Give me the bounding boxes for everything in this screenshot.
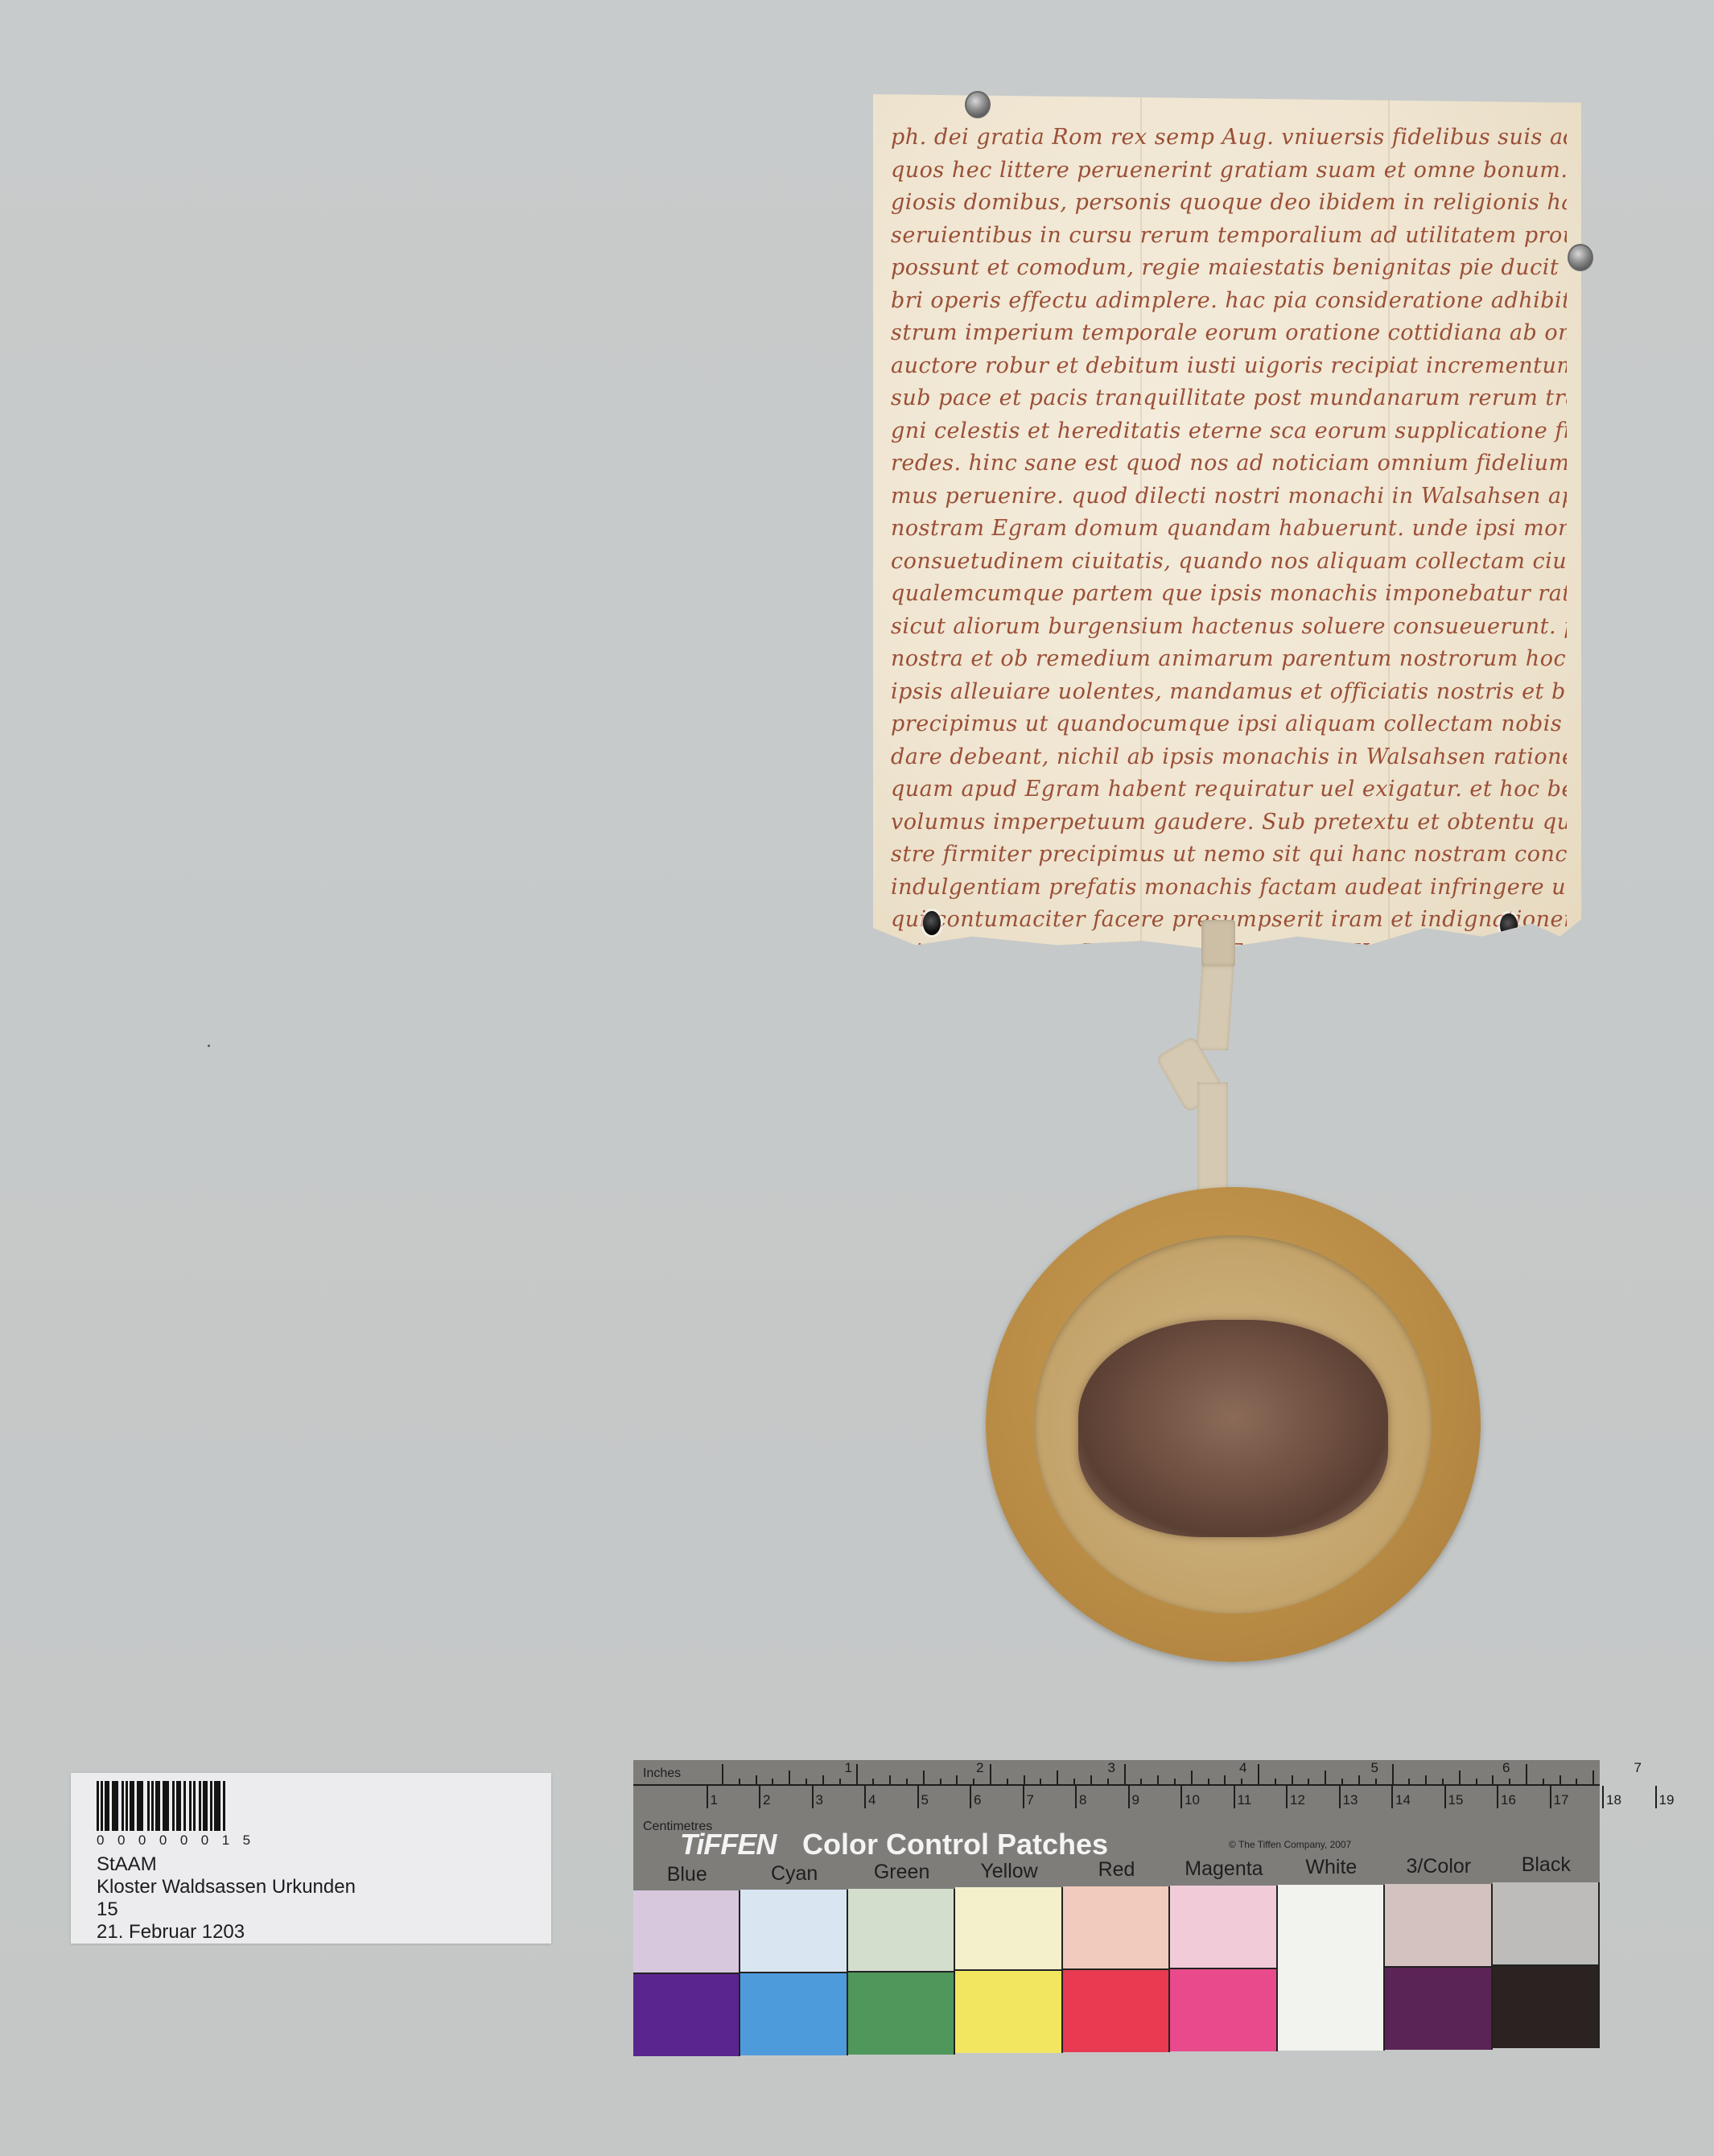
mount-hole xyxy=(923,911,941,935)
patch-dark-yellow xyxy=(955,1969,1062,2053)
cm-tick-label: 4 xyxy=(868,1792,876,1808)
cm-tick-label: 6 xyxy=(974,1792,981,1808)
inch-tick xyxy=(1057,1771,1058,1785)
inch-tick xyxy=(956,1775,958,1785)
archive-name: StAAM xyxy=(97,1853,356,1876)
cm-tick xyxy=(1602,1786,1604,1808)
patch-label-yellow: Yellow xyxy=(961,1860,1057,1883)
cm-tick-label: 11 xyxy=(1238,1792,1252,1808)
cm-tick-label: 19 xyxy=(1659,1792,1675,1808)
cm-tick-label: 10 xyxy=(1185,1792,1200,1808)
mounting-pin xyxy=(1568,244,1593,271)
cm-tick xyxy=(1550,1786,1551,1808)
charter-line: redes. hinc sane est quod nos ad noticia… xyxy=(891,447,1567,480)
cm-tick-label: 9 xyxy=(1132,1792,1139,1808)
inch-tick xyxy=(1358,1775,1360,1785)
patch-light-red xyxy=(1063,1886,1170,1968)
patch-label-magenta: Magenta xyxy=(1176,1857,1272,1881)
inch-tick xyxy=(940,1779,941,1785)
charter-line: nostram Egram domum quandam habuerunt. u… xyxy=(891,513,1567,546)
patch-light-white xyxy=(1278,1885,1385,2051)
charter-line: strum imperium temporale eorum oratione … xyxy=(891,317,1567,350)
seal-strap xyxy=(1196,966,1234,1050)
inch-tick-label: 4 xyxy=(1239,1760,1246,1776)
cm-tick xyxy=(917,1786,919,1808)
charter-line: gni celestis et hereditatis eterne sca e… xyxy=(891,415,1567,448)
inch-tick xyxy=(1174,1779,1176,1785)
cm-tick xyxy=(1391,1786,1393,1808)
charter-line: seruientibus in cursu rerum temporalium … xyxy=(891,220,1567,253)
charter-line: mus peruenire. quod dilecti nostri monac… xyxy=(891,480,1567,513)
inch-tick xyxy=(1024,1775,1025,1785)
inch-tick xyxy=(1258,1764,1259,1785)
charter-line: indulgentiam prefatis monachis factam au… xyxy=(891,872,1567,905)
inch-tick xyxy=(856,1764,858,1785)
cm-tick-label: 16 xyxy=(1501,1792,1516,1808)
charter-line: dare debeant, nichil ab ipsis monachis i… xyxy=(891,741,1567,774)
inch-tick xyxy=(1292,1775,1293,1785)
charter-line: consuetudinem ciuitatis, quando nos aliq… xyxy=(891,546,1567,579)
charter-line: qualemcumque partem que ipsis monachis i… xyxy=(891,578,1567,611)
patch-light-blue xyxy=(633,1890,740,1973)
inch-tick xyxy=(1140,1779,1142,1785)
inch-tick xyxy=(1007,1779,1008,1785)
charter-line: quam apud Egram habent requiratur uel ex… xyxy=(891,773,1567,806)
charter-line: sub pace et pacis tranquillitate post mu… xyxy=(891,382,1567,415)
barcode-bar xyxy=(137,1781,143,1831)
chart-title: Color Control Patches xyxy=(802,1828,1108,1861)
barcode-digits: 00000015 xyxy=(97,1832,264,1849)
inch-tick xyxy=(1224,1775,1226,1785)
charter-line: nostra et ob remedium animarum parentum … xyxy=(891,643,1567,676)
cm-tick xyxy=(707,1786,708,1808)
patch-label-black: Black xyxy=(1498,1853,1594,1877)
inch-tick xyxy=(1459,1771,1461,1785)
inch-tick xyxy=(1375,1779,1377,1785)
document-number: 15 xyxy=(97,1898,356,1921)
cm-tick-label: 17 xyxy=(1554,1792,1569,1808)
barcode-bar xyxy=(223,1781,225,1831)
cm-tick xyxy=(1075,1786,1077,1808)
barcode-bar xyxy=(214,1781,220,1831)
patch-label-green: Green xyxy=(854,1861,950,1884)
cm-tick xyxy=(1444,1786,1446,1808)
patch-label-cyan: Cyan xyxy=(746,1862,843,1886)
inch-tick xyxy=(1476,1779,1477,1785)
inch-tick xyxy=(1509,1779,1510,1785)
patch-light-black xyxy=(1493,1882,1600,1964)
patch-label-red: Red xyxy=(1069,1858,1165,1882)
barcode xyxy=(97,1781,225,1831)
inch-tick xyxy=(739,1779,740,1785)
inch-tick xyxy=(789,1771,790,1785)
patch-light-3-color xyxy=(1385,1884,1492,1966)
inch-tick-label: 2 xyxy=(976,1760,983,1776)
cm-tick xyxy=(1234,1786,1235,1808)
cm-tick-label: 14 xyxy=(1395,1792,1411,1808)
inch-tick xyxy=(1592,1771,1594,1785)
copyright-text: © The Tiffen Company, 2007 xyxy=(1229,1839,1351,1850)
cm-tick-label: 13 xyxy=(1343,1792,1358,1808)
cm-tick-label: 18 xyxy=(1606,1792,1621,1808)
charter-line: stre firmiter precipimus ut nemo sit qui… xyxy=(891,839,1567,872)
patch-dark-black xyxy=(1493,1964,1600,2048)
inch-tick-label: 1 xyxy=(845,1760,852,1776)
patch-label-blue: Blue xyxy=(639,1863,735,1886)
barcode-bar xyxy=(163,1781,169,1831)
cm-tick-label: 15 xyxy=(1448,1792,1464,1808)
charter-parchment: ph. dei gratia Rom rex semp Aug. vniuers… xyxy=(873,94,1581,954)
charter-line: possunt et comodum, regie maiestatis ben… xyxy=(891,252,1567,285)
patch-dark-green xyxy=(848,1971,955,2055)
cm-tick-label: 1 xyxy=(711,1792,718,1808)
mounting-pin xyxy=(965,91,991,118)
inch-tick xyxy=(1325,1771,1326,1785)
cm-tick-label: 5 xyxy=(921,1792,929,1808)
charter-line: volumus imperpetuum gaudere. Sub pretext… xyxy=(891,806,1567,839)
cm-tick xyxy=(759,1786,760,1808)
inch-tick xyxy=(1208,1779,1209,1785)
inches-label: Inches xyxy=(643,1766,681,1781)
inch-tick xyxy=(1157,1775,1159,1785)
cm-tick-label: 8 xyxy=(1079,1792,1086,1808)
inch-tick xyxy=(1576,1779,1577,1785)
cm-tick xyxy=(812,1786,814,1808)
charter-line: precipimus ut quandocumque ipsi aliquam … xyxy=(891,708,1567,741)
inch-tick xyxy=(1308,1779,1309,1785)
inch-tick xyxy=(923,1771,925,1785)
collection-name: Kloster Waldsassen Urkunden xyxy=(97,1876,356,1898)
inch-tick xyxy=(1392,1764,1394,1785)
dust-speck xyxy=(208,1045,210,1047)
inch-tick xyxy=(990,1764,991,1785)
inch-tick xyxy=(1040,1779,1041,1785)
inch-tick xyxy=(1559,1775,1561,1785)
inch-tick xyxy=(805,1779,807,1785)
wax-seal xyxy=(986,1187,1481,1662)
cm-tick xyxy=(1023,1786,1024,1808)
inch-tick xyxy=(1241,1779,1242,1785)
inch-tick xyxy=(1526,1764,1527,1785)
inch-tick-label: 5 xyxy=(1371,1760,1378,1776)
inch-tick-label: 3 xyxy=(1108,1760,1115,1776)
inch-tick xyxy=(722,1764,723,1785)
patch-label-3-color: 3/Color xyxy=(1391,1855,1487,1878)
inch-tick xyxy=(1191,1771,1193,1785)
inch-tick-label: 7 xyxy=(1634,1760,1642,1776)
seal-enthroned-figure xyxy=(1078,1320,1388,1537)
cm-tick xyxy=(970,1786,971,1808)
cm-tick xyxy=(1286,1786,1288,1808)
inch-tick xyxy=(1275,1779,1276,1785)
inch-tick xyxy=(1107,1779,1109,1785)
inch-tick xyxy=(822,1775,824,1785)
patch-dark-red xyxy=(1063,1968,1170,2052)
cm-tick-label: 3 xyxy=(816,1792,823,1808)
patch-light-green xyxy=(848,1889,955,1971)
inch-tick xyxy=(1073,1779,1075,1785)
inch-tick-label: 6 xyxy=(1502,1760,1510,1776)
cm-tick xyxy=(1180,1786,1182,1808)
inch-tick xyxy=(1425,1775,1427,1785)
charter-line: ph. dei gratia Rom rex semp Aug. vniuers… xyxy=(891,122,1567,155)
charter-text: ph. dei gratia Rom rex semp Aug. vniuers… xyxy=(891,122,1567,969)
inch-tick xyxy=(756,1775,757,1785)
charter-line: bri operis effectu adimplere. hac pia co… xyxy=(891,285,1567,318)
inch-tick xyxy=(772,1779,773,1785)
inch-tick xyxy=(1543,1779,1544,1785)
inch-tick xyxy=(872,1779,874,1785)
ruler-line xyxy=(633,1784,1600,1786)
cm-tick xyxy=(1497,1786,1498,1808)
inch-tick xyxy=(1090,1775,1092,1785)
cm-tick-label: 12 xyxy=(1290,1792,1305,1808)
inch-tick xyxy=(889,1775,891,1785)
patch-light-magenta xyxy=(1170,1886,1277,1968)
cm-tick xyxy=(864,1786,866,1808)
charter-line: auctore robur et debitum iusti uigoris r… xyxy=(891,350,1567,383)
cm-tick xyxy=(1339,1786,1341,1808)
cm-tick xyxy=(1655,1786,1657,1808)
cm-tick-label: 2 xyxy=(763,1792,770,1808)
inch-tick xyxy=(1492,1775,1494,1785)
inch-tick xyxy=(1408,1779,1410,1785)
document-date: 21. Februar 1203 xyxy=(97,1921,356,1944)
ruler-header: Inches Centimetres TiFFEN Color Control … xyxy=(633,1760,1600,1890)
patch-dark-magenta xyxy=(1170,1968,1277,2051)
patch-dark-cyan xyxy=(740,1972,847,2055)
inch-tick xyxy=(1341,1779,1343,1785)
patch-dark-blue xyxy=(633,1973,740,2056)
cm-tick xyxy=(1128,1786,1130,1808)
color-control-chart: Inches Centimetres TiFFEN Color Control … xyxy=(633,1760,1600,2059)
inch-tick xyxy=(839,1779,841,1785)
inch-tick xyxy=(906,1779,908,1785)
patch-light-cyan xyxy=(740,1890,847,1972)
barcode-bar xyxy=(112,1781,118,1831)
seal-strap-loop xyxy=(1201,920,1235,967)
inch-tick xyxy=(1124,1764,1126,1785)
inch-tick xyxy=(973,1779,974,1785)
charter-line: sicut aliorum burgensium hactenus soluer… xyxy=(891,611,1567,644)
tiffen-logo: TiFFEN xyxy=(680,1828,776,1861)
inch-tick xyxy=(1442,1779,1444,1785)
patch-label-white: White xyxy=(1283,1856,1379,1879)
patch-light-yellow xyxy=(955,1887,1062,1969)
cm-tick-label: 7 xyxy=(1027,1792,1034,1808)
patch-dark-3-color xyxy=(1385,1966,1492,2050)
archive-label: 00000015 StAAM Kloster Waldsassen Urkund… xyxy=(71,1773,551,1944)
charter-line: ipsis alleuiare uolentes, mandamus et of… xyxy=(891,676,1567,709)
charter-line: giosis domibus, personis quoque deo ibid… xyxy=(891,187,1567,220)
charter-line: quos hec littere peruenerint gratiam sua… xyxy=(891,155,1567,188)
seal-field xyxy=(1034,1235,1432,1614)
